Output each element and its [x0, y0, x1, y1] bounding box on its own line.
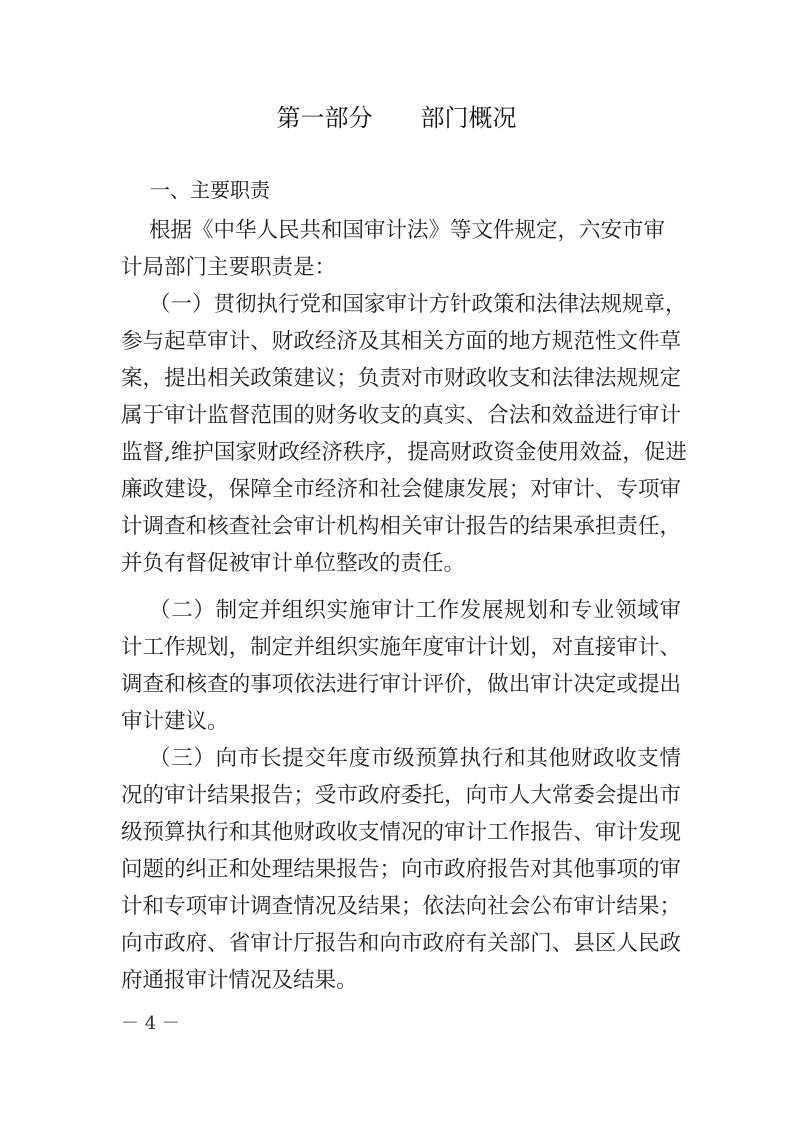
- paragraph-line: 并负有督促被审计单位整改的责任。: [121, 549, 681, 579]
- paragraph-line: 级预算执行和其他财政收支情况的审计工作报告、审计发现: [121, 818, 681, 848]
- paragraph-line: 计和专项审计调查情况及结果；依法向社会公布审计结果；: [121, 892, 681, 922]
- paragraph-line: 审计建议。: [121, 707, 681, 737]
- page-title: 第一部分 部门概况: [0, 100, 793, 136]
- paragraph-line: 计局部门主要职责是：: [121, 253, 681, 283]
- paragraph-line: （一）贯彻执行党和国家审计方针政策和法律法规规章，: [149, 290, 681, 320]
- paragraph-line: 向市政府、省审计厅报告和向市政府有关部门、县区人民政: [121, 929, 681, 959]
- paragraph-line: 调查和核查的事项依法进行审计评价，做出审计决定或提出: [121, 670, 681, 700]
- paragraph-line: 计调查和核查社会审计机构相关审计报告的结果承担责任，: [121, 512, 681, 542]
- document-page: 第一部分 部门概况 一、主要职责 根据《中华人民共和国审计法》等文件规定，六安市…: [0, 0, 793, 1122]
- paragraph-line: 属于审计监督范围的财务收支的真实、合法和效益进行审计: [121, 401, 681, 431]
- page-number: － 4 －: [121, 1012, 180, 1036]
- paragraph-line: 问题的纠正和处理结果报告；向市政府报告对其他事项的审: [121, 855, 681, 885]
- paragraph-line: 参与起草审计、财政经济及其相关方面的地方规范性文件草: [121, 327, 681, 357]
- paragraph-line: 廉政建设，保障全市经济和社会健康发展；对审计、专项审: [121, 475, 681, 505]
- paragraph-line: 根据《中华人民共和国审计法》等文件规定，六安市审: [149, 216, 681, 246]
- paragraph-line: 案，提出相关政策建议；负责对市财政收支和法律法规规定: [121, 364, 681, 394]
- section-heading: 一、主要职责: [150, 175, 270, 205]
- paragraph-line: （二）制定并组织实施审计工作发展规划和专业领域审: [149, 596, 681, 626]
- paragraph-line: 府通报审计情况及结果。: [121, 966, 681, 996]
- paragraph-line: 计工作规划，制定并组织实施年度审计计划，对直接审计、: [121, 633, 681, 663]
- paragraph-line: 况的审计结果报告；受市政府委托，向市人大常委会提出市: [121, 781, 681, 811]
- paragraph-line: （三）向市长提交年度市级预算执行和其他财政收支情: [149, 744, 681, 774]
- paragraph-line: 监督,维护国家财政经济秩序，提高财政资金使用效益，促进: [121, 438, 681, 468]
